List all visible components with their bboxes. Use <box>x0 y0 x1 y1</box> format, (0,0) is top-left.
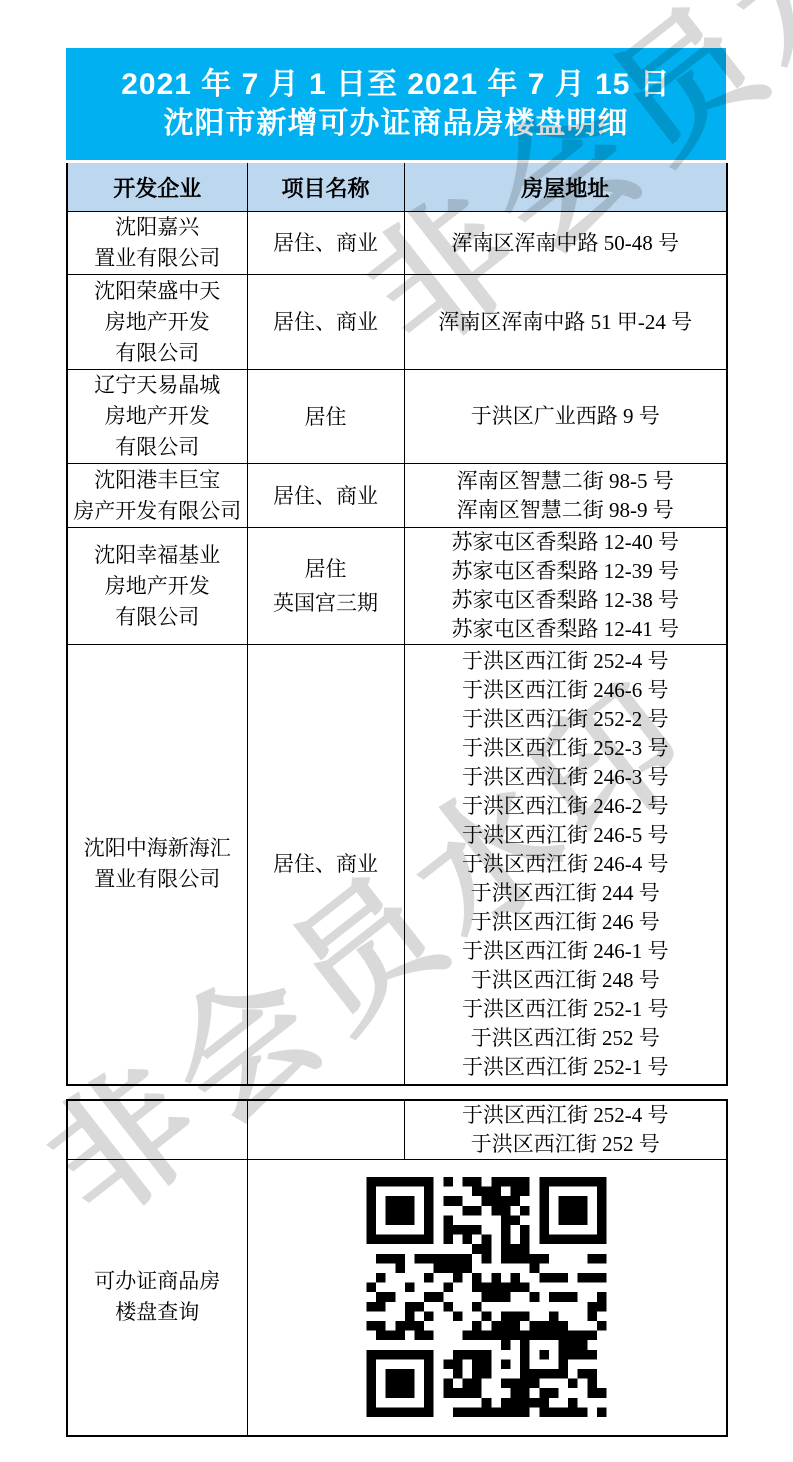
developer-cell: 沈阳港丰巨宝房产开发有限公司 <box>67 464 247 528</box>
text-line: 于洪区西江街 252-1 号 <box>405 995 727 1024</box>
text-line: 沈阳嘉兴 <box>68 212 247 243</box>
text-line: 苏家屯区香梨路 12-41 号 <box>405 615 727 644</box>
text-line: 于洪区西江街 252-3 号 <box>405 734 727 763</box>
text-line: 沈阳港丰巨宝 <box>68 465 247 496</box>
text-line: 居住、商业 <box>248 479 404 513</box>
text-line: 于洪区西江街 246-4 号 <box>405 850 727 879</box>
text-line: 于洪区广业西路 9 号 <box>405 402 727 431</box>
text-line: 于洪区西江街 246-5 号 <box>405 821 727 850</box>
col-header-project: 项目名称 <box>247 163 404 212</box>
table-row: 于洪区西江街 252-4 号于洪区西江街 252 号 <box>67 1100 727 1160</box>
qr-code-icon <box>365 1177 608 1417</box>
text-line: 房产开发有限公司 <box>68 496 247 527</box>
text-line: 房地产开发 <box>68 401 247 432</box>
project-cell: 居住、商业 <box>247 464 404 528</box>
qr-row: 可办证商品房楼盘查询 <box>67 1159 727 1436</box>
qr-label-cell: 可办证商品房楼盘查询 <box>67 1159 247 1436</box>
text-line: 浑南区智慧二街 98-5 号 <box>405 467 727 496</box>
text-line: 置业有限公司 <box>68 243 247 274</box>
document-page: 非会员水印 非会员水印 2021 年 7 月 1 日至 2021 年 7 月 1… <box>0 0 793 1462</box>
text-line: 辽宁天易晶城 <box>68 370 247 401</box>
developer-cell <box>67 1100 247 1160</box>
text-line: 于洪区西江街 252-2 号 <box>405 705 727 734</box>
text-line: 苏家屯区香梨路 12-39 号 <box>405 557 727 586</box>
table-row: 沈阳幸福基业房地产开发有限公司 居住英国宫三期 苏家屯区香梨路 12-40 号苏… <box>67 528 727 645</box>
title-line-1: 2021 年 7 月 1 日至 2021 年 7 月 15 日 <box>66 65 726 104</box>
table-row: 沈阳荣盛中天房地产开发有限公司 居住、商业 浑南区浑南中路 51 甲-24 号 <box>67 275 727 370</box>
report-title: 2021 年 7 月 1 日至 2021 年 7 月 15 日 沈阳市新增可办证… <box>66 48 726 160</box>
table-row: 辽宁天易晶城房地产开发有限公司 居住 于洪区广业西路 9 号 <box>67 370 727 464</box>
project-cell: 居住 <box>247 370 404 464</box>
text-line: 于洪区西江街 252-1 号 <box>405 1053 727 1082</box>
text-line: 有限公司 <box>68 338 247 369</box>
table-row: 沈阳港丰巨宝房产开发有限公司 居住、商业 浑南区智慧二街 98-5 号浑南区智慧… <box>67 464 727 528</box>
text-line: 于洪区西江街 252-4 号 <box>405 1101 727 1130</box>
text-line: 于洪区西江街 246-1 号 <box>405 937 727 966</box>
text-line: 英国宫三期 <box>248 586 404 620</box>
text-line: 居住、商业 <box>248 847 404 881</box>
text-line: 房地产开发 <box>68 307 247 338</box>
title-line-2: 沈阳市新增可办证商品房楼盘明细 <box>66 104 726 143</box>
property-table-continued: 于洪区西江街 252-4 号于洪区西江街 252 号 可办证商品房楼盘查询 <box>66 1099 728 1438</box>
address-cell: 浑南区智慧二街 98-5 号浑南区智慧二街 98-9 号 <box>404 464 727 528</box>
qr-cell <box>247 1159 727 1436</box>
text-line: 沈阳荣盛中天 <box>68 276 247 307</box>
report: 2021 年 7 月 1 日至 2021 年 7 月 15 日 沈阳市新增可办证… <box>66 48 726 1437</box>
text-line: 楼盘查询 <box>68 1297 247 1328</box>
text-line: 可办证商品房 <box>68 1266 247 1297</box>
text-line: 居住、商业 <box>248 226 404 260</box>
address-cell: 于洪区西江街 252-4 号于洪区西江街 252 号 <box>404 1100 727 1160</box>
developer-cell: 沈阳中海新海汇置业有限公司 <box>67 645 247 1085</box>
text-line: 居住 <box>248 552 404 586</box>
header-row: 开发企业 项目名称 房屋地址 <box>67 163 727 212</box>
text-line: 有限公司 <box>68 602 247 633</box>
text-line: 有限公司 <box>68 432 247 463</box>
project-cell: 居住、商业 <box>247 212 404 275</box>
text-line: 于洪区西江街 246-6 号 <box>405 676 727 705</box>
text-line: 浑南区浑南中路 51 甲-24 号 <box>405 308 727 337</box>
address-cell: 于洪区广业西路 9 号 <box>404 370 727 464</box>
text-line: 于洪区西江街 252-4 号 <box>405 647 727 676</box>
text-line: 房地产开发 <box>68 571 247 602</box>
text-line: 苏家屯区香梨路 12-38 号 <box>405 586 727 615</box>
project-cell <box>247 1100 404 1160</box>
col-header-address: 房屋地址 <box>404 163 727 212</box>
text-line: 于洪区西江街 246 号 <box>405 908 727 937</box>
project-cell: 居住、商业 <box>247 275 404 370</box>
text-line: 于洪区西江街 246-2 号 <box>405 792 727 821</box>
developer-cell: 沈阳幸福基业房地产开发有限公司 <box>67 528 247 645</box>
address-cell: 浑南区浑南中路 51 甲-24 号 <box>404 275 727 370</box>
address-cell: 于洪区西江街 252-4 号于洪区西江街 246-6 号于洪区西江街 252-2… <box>404 645 727 1085</box>
text-line: 居住 <box>248 400 404 434</box>
text-line: 沈阳中海新海汇 <box>68 833 247 864</box>
text-line: 浑南区智慧二街 98-9 号 <box>405 496 727 525</box>
col-header-developer: 开发企业 <box>67 163 247 212</box>
text-line: 于洪区西江街 244 号 <box>405 879 727 908</box>
text-line: 于洪区西江街 252 号 <box>405 1130 727 1159</box>
text-line: 置业有限公司 <box>68 864 247 895</box>
text-line: 苏家屯区香梨路 12-40 号 <box>405 528 727 557</box>
text-line: 于洪区西江街 248 号 <box>405 966 727 995</box>
address-cell: 浑南区浑南中路 50-48 号 <box>404 212 727 275</box>
table-row: 沈阳中海新海汇置业有限公司 居住、商业 于洪区西江街 252-4 号于洪区西江街… <box>67 645 727 1085</box>
text-line: 沈阳幸福基业 <box>68 540 247 571</box>
text-line: 浑南区浑南中路 50-48 号 <box>405 229 727 258</box>
project-cell: 居住、商业 <box>247 645 404 1085</box>
text-line: 居住、商业 <box>248 305 404 339</box>
text-line: 于洪区西江街 246-3 号 <box>405 763 727 792</box>
table-row: 沈阳嘉兴置业有限公司 居住、商业 浑南区浑南中路 50-48 号 <box>67 212 727 275</box>
project-cell: 居住英国宫三期 <box>247 528 404 645</box>
property-table: 开发企业 项目名称 房屋地址 沈阳嘉兴置业有限公司 居住、商业 浑南区浑南中路 … <box>66 163 728 1086</box>
developer-cell: 辽宁天易晶城房地产开发有限公司 <box>67 370 247 464</box>
text-line: 于洪区西江街 252 号 <box>405 1024 727 1053</box>
address-cell: 苏家屯区香梨路 12-40 号苏家屯区香梨路 12-39 号苏家屯区香梨路 12… <box>404 528 727 645</box>
developer-cell: 沈阳荣盛中天房地产开发有限公司 <box>67 275 247 370</box>
developer-cell: 沈阳嘉兴置业有限公司 <box>67 212 247 275</box>
